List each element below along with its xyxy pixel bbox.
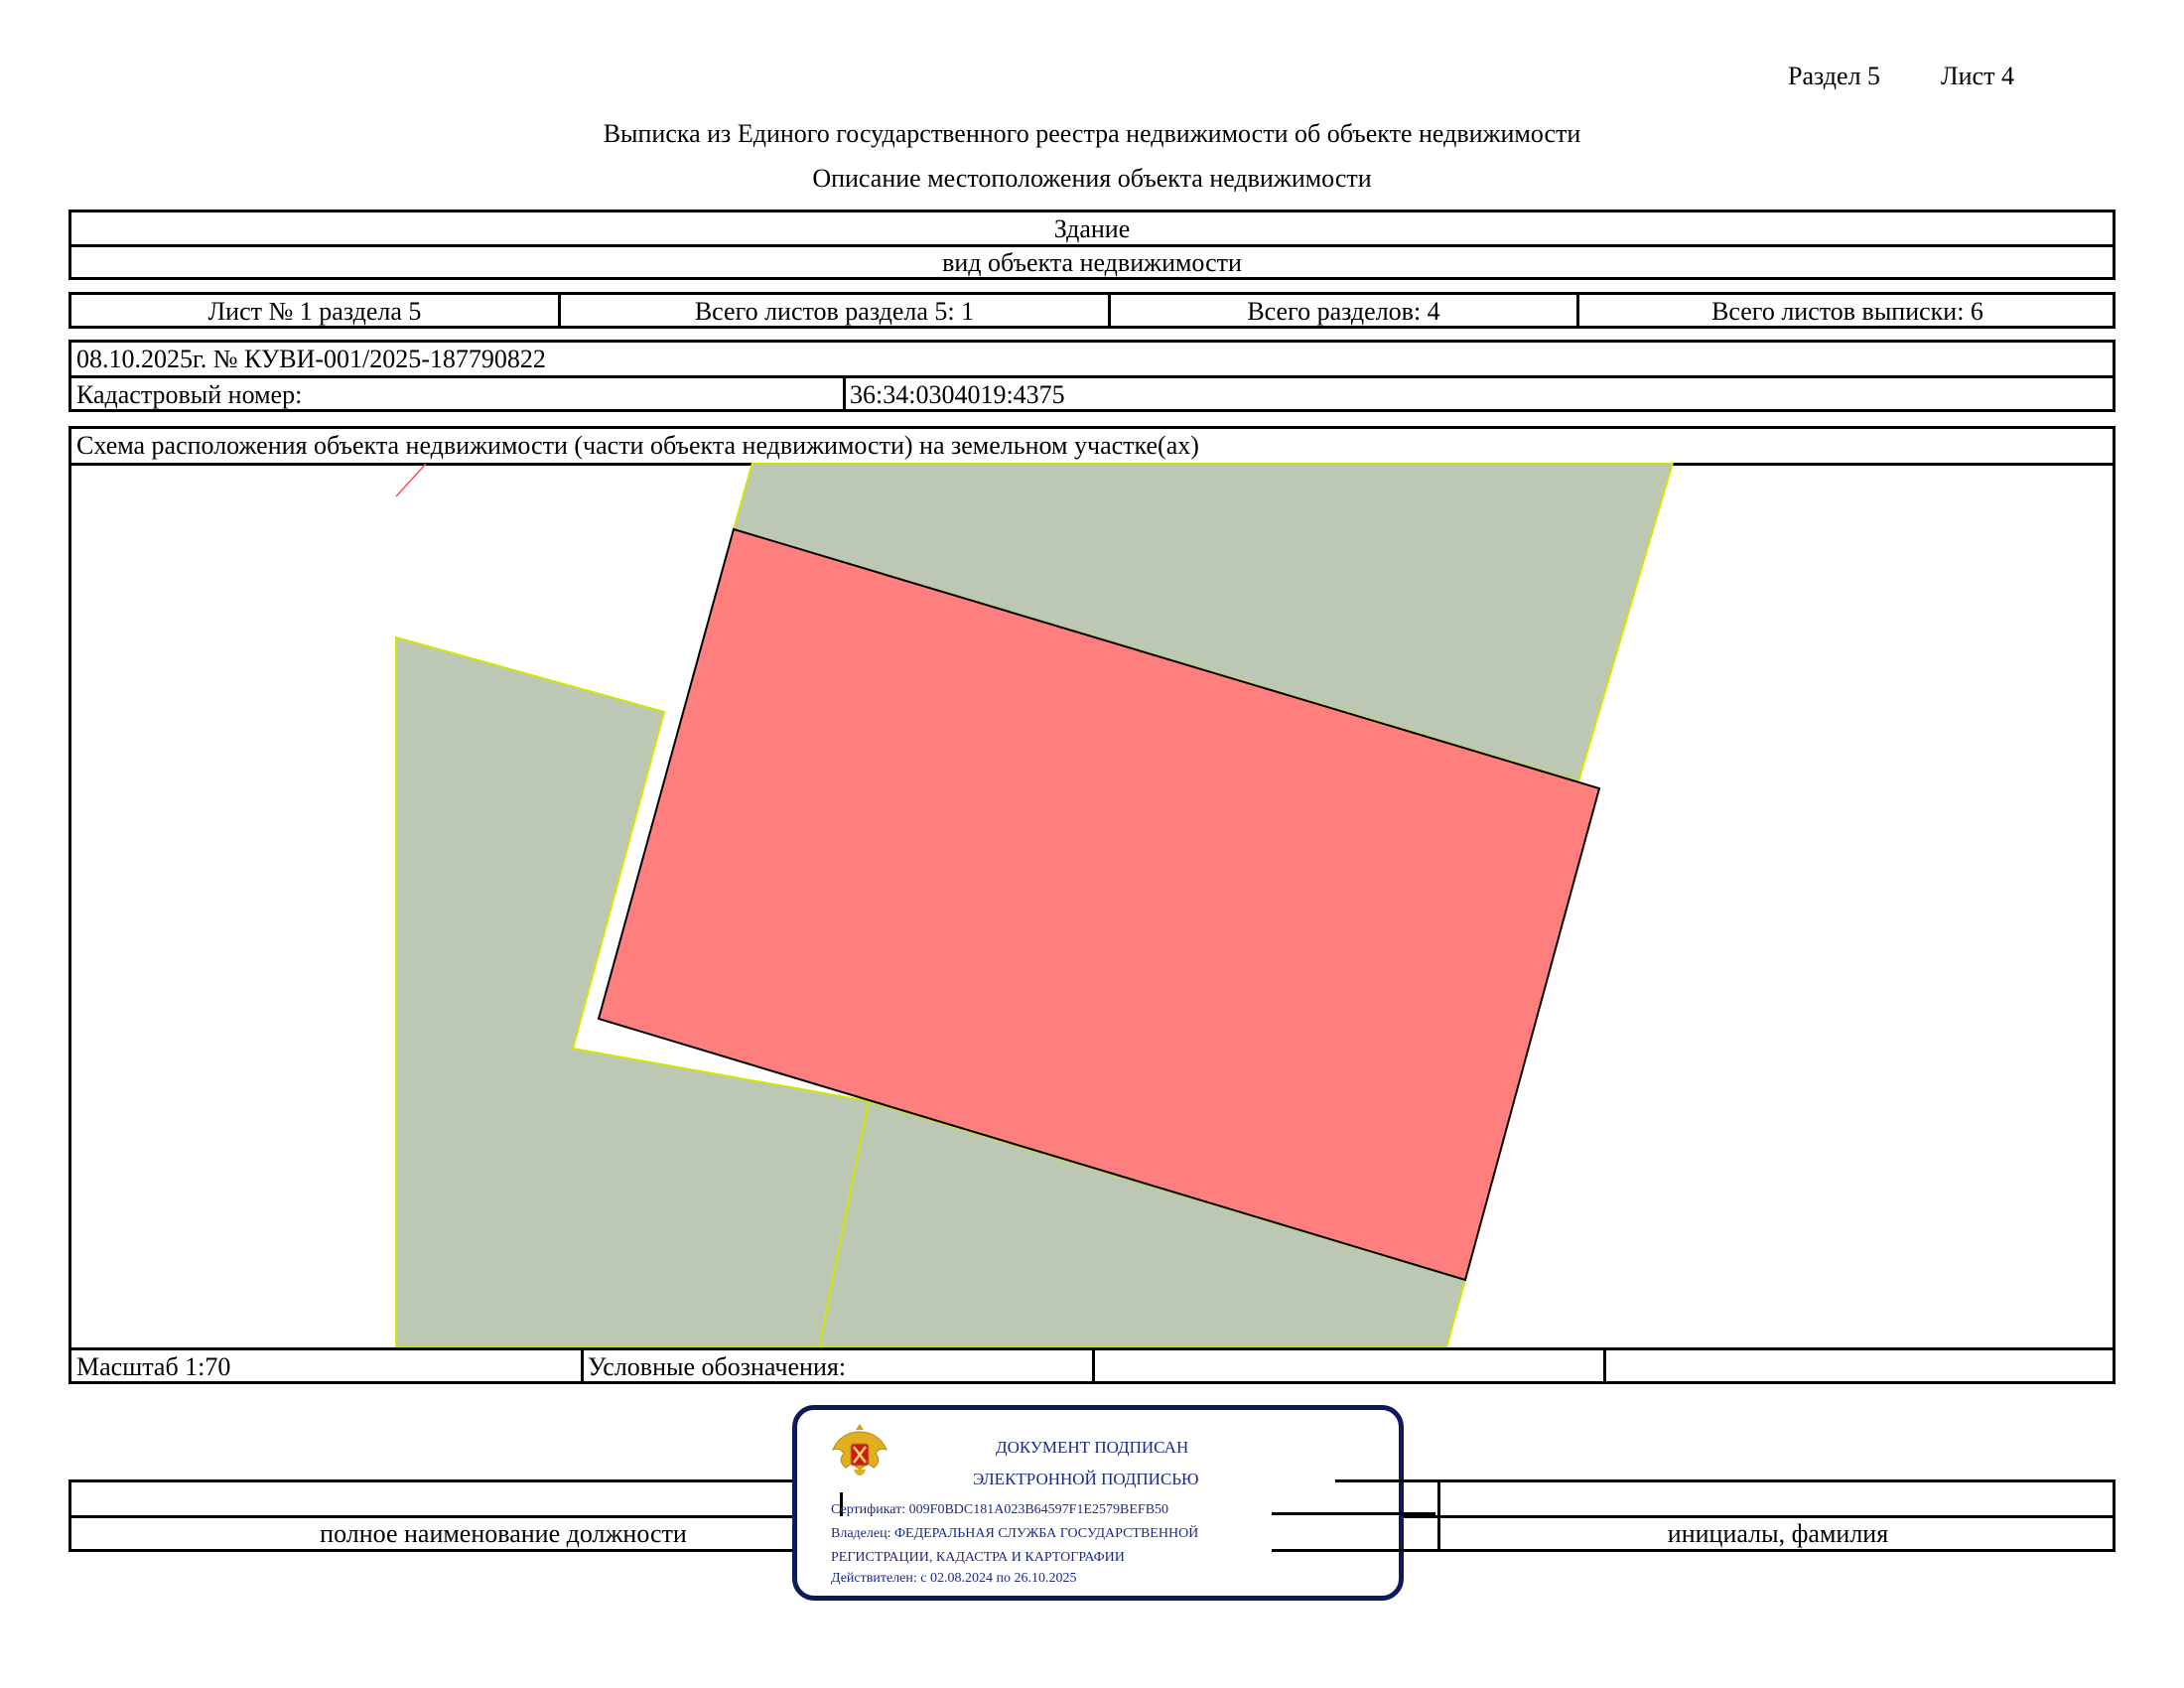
sheet-of-section: Лист № 1 раздела 5 [71, 295, 558, 329]
document-info-table: 08.10.2025г. № КУВИ-001/2025-187790822 К… [68, 340, 2116, 412]
sheet-info-table: Лист № 1 раздела 5 Всего листов раздела … [68, 292, 2116, 329]
signature-line-segment [1272, 1512, 1435, 1515]
object-type: Здание [71, 212, 2113, 246]
scale-label: Масштаб 1:70 [76, 1350, 578, 1384]
stamp-line-1: ДОКУМЕНТ ПОДПИСАН [996, 1438, 1188, 1458]
total-sheets-section: Всего листов раздела 5: 1 [561, 295, 1108, 329]
cadastral-label: Кадастровый номер: [76, 378, 841, 412]
extract-date-number: 08.10.2025г. № КУВИ-001/2025-187790822 [76, 343, 2102, 376]
sheet-number: Лист 4 [1941, 62, 2014, 91]
stamp-certificate: Сертификат: 009F0BDC181A023B64597F1E2579… [831, 1502, 1168, 1518]
location-scheme-map [68, 463, 2116, 1347]
signature-line-segment [1272, 1549, 1435, 1552]
reference-line [396, 464, 426, 496]
legend-label: Условные обозначения: [588, 1350, 1089, 1384]
total-sheets-extract: Всего листов выписки: 6 [1579, 295, 2116, 329]
name-caption: инициалы, фамилия [1440, 1517, 2116, 1551]
document-title: Выписка из Единого государственного реес… [0, 119, 2184, 149]
section-number: Раздел 5 [1788, 62, 1880, 91]
object-type-table: Здание вид объекта недвижимости [68, 210, 2116, 280]
object-type-caption: вид объекта недвижимости [71, 246, 2113, 280]
electronic-signature-stamp: ДОКУМЕНТ ПОДПИСАН ЭЛЕКТРОННОЙ ПОДПИСЬЮ С… [792, 1405, 1404, 1601]
stamp-owner-line-1: Владелец: ФЕДЕРАЛЬНАЯ СЛУЖБА ГОСУДАРСТВЕ… [831, 1526, 1198, 1542]
signature-line-segment [1335, 1479, 1434, 1482]
coat-of-arms-icon [830, 1418, 889, 1487]
scheme-title: Схема расположения объекта недвижимости … [76, 429, 2102, 463]
total-sections: Всего разделов: 4 [1111, 295, 1576, 329]
stamp-validity: Действителен: с 02.08.2024 по 26.10.2025 [831, 1571, 1076, 1587]
cadastral-number: 36:34:0304019:4375 [850, 378, 2101, 412]
stamp-owner-line-2: РЕГИСТРАЦИИ, КАДАСТРА И КАРТОГРАФИИ [831, 1550, 1125, 1566]
stamp-line-2: ЭЛЕКТРОННОЙ ПОДПИСЬЮ [973, 1470, 1199, 1489]
document-subtitle: Описание местоположения объекта недвижим… [0, 164, 2184, 194]
